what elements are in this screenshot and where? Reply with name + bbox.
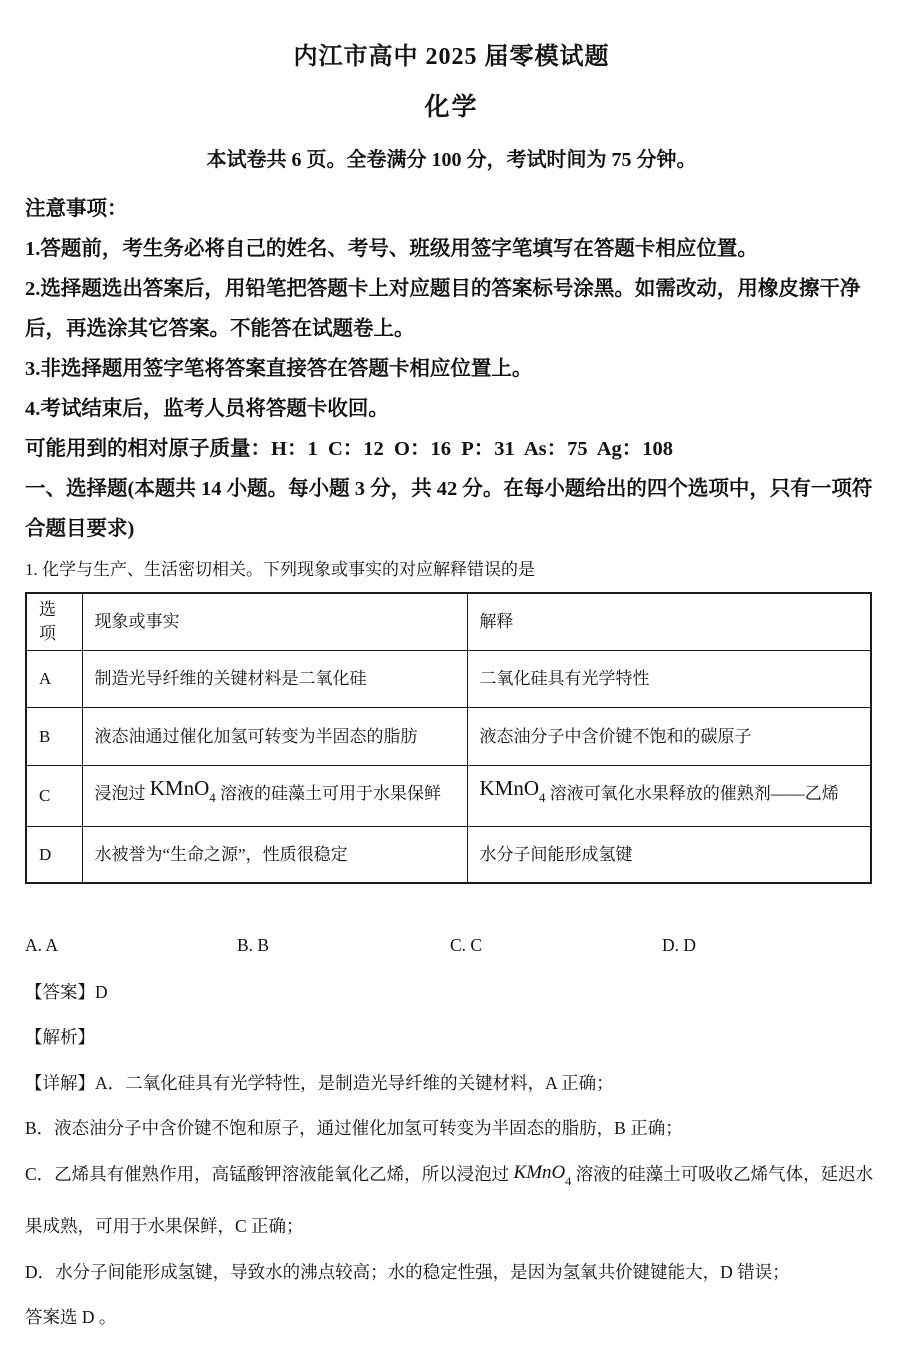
phenomenon-c-post: 溶液的硅藻土可用于水果保鲜 <box>216 784 441 803</box>
choice-c: C. C <box>450 934 662 956</box>
choice-a: A. A <box>25 934 237 956</box>
question1-stem: 1. 化学与生产、生活密切相关。下列现象或事实的对应解释错误的是 <box>25 557 878 583</box>
cell-explanation-b: 液态油分子中含价键不饱和的碳原子 <box>467 708 871 766</box>
cell-option-c: C <box>26 766 82 827</box>
section1-heading: 一、选择题(本题共 14 小题。每小题 3 分，共 42 分。在每小题给出的四个… <box>25 469 878 549</box>
table-row-c: C 浸泡过 KMnO4 溶液的硅藻土可用于水果保鲜 KMnO4 溶液可氧化水果释… <box>26 766 871 827</box>
header-cell-explanation: 解释 <box>467 593 871 651</box>
detail-line-c: C．乙烯具有催熟作用，高锰酸钾溶液能氧化乙烯，所以浸泡过 KMnO4 溶液的硅藻… <box>25 1152 878 1250</box>
explanation-c-post: 溶液可氧化水果释放的催熟剂——乙烯 <box>546 784 839 803</box>
exam-meta-line: 本试卷共 6 页。全卷满分 100 分，考试时间为 75 分钟。 <box>25 147 878 173</box>
header-cell-phenomenon: 现象或事实 <box>82 593 467 651</box>
notice-item-1: 1.答题前，考生务必将自己的姓名、考号、班级用签字笔填写在答题卡相应位置。 <box>25 229 878 269</box>
detail-explanation-block: 【详解】A．二氧化硅具有光学特性，是制造光导纤维的关键材料，A 正确； B．液态… <box>25 1061 878 1341</box>
notice-item-3: 3.非选择题用签字笔将答案直接答在答题卡相应位置上。 <box>25 349 878 389</box>
notice-item-4: 4.考试结束后，监考人员将答题卡收回。 <box>25 389 878 429</box>
cell-option-a: A <box>26 651 82 708</box>
table-header-row: 选项 现象或事实 解释 <box>26 593 871 651</box>
kmno4-formula: KMnO4 <box>480 776 546 800</box>
kmno4-formula-italic: KMnO4 <box>514 1162 572 1183</box>
exam-paper-page: 内江市高中 2025 届零模试题 化学 本试卷共 6 页。全卷满分 100 分，… <box>0 0 900 1345</box>
notice-heading: 注意事项： <box>25 189 878 229</box>
table-row-b: B 液态油通过催化加氢可转变为半固态的脂肪 液态油分子中含价键不饱和的碳原子 <box>26 708 871 766</box>
notice-item-2: 2.选择题选出答案后，用铅笔把答题卡上对应题目的答案标号涂黑。如需改动，用橡皮擦… <box>25 269 878 349</box>
cell-phenomenon-d: 水被誉为“生命之源”，性质很稳定 <box>82 827 467 883</box>
detail-line-b: B．液态油分子中含价键不饱和原子，通过催化加氢可转变为半固态的脂肪，B 正确； <box>25 1106 878 1152</box>
answer-label: 【答案】 <box>25 982 95 1002</box>
detail-conclusion: 答案选 D 。 <box>25 1295 878 1341</box>
answer-choices-row: A. A B. B C. C D. D <box>25 934 878 956</box>
cell-option-b: B <box>26 708 82 766</box>
kmno4-formula: KMnO4 <box>150 776 216 800</box>
page-title: 内江市高中 2025 届零模试题 <box>25 42 878 72</box>
choice-b: B. B <box>237 934 450 956</box>
subject-title: 化学 <box>25 92 878 123</box>
cell-option-d: D <box>26 827 82 883</box>
table-row-a: A 制造光导纤维的关键材料是二氧化硅 二氧化硅具有光学特性 <box>26 651 871 708</box>
question1-table: 选项 现象或事实 解释 A 制造光导纤维的关键材料是二氧化硅 二氧化硅具有光学特… <box>25 592 872 884</box>
cell-explanation-c: KMnO4 溶液可氧化水果释放的催熟剂——乙烯 <box>467 766 871 827</box>
choice-d: D. D <box>662 934 878 956</box>
cell-explanation-d: 水分子间能形成氢键 <box>467 827 871 883</box>
detail-line-d: D．水分子间能形成氢键，导致水的沸点较高；水的稳定性强，是因为氢氧共价键键能大，… <box>25 1250 878 1296</box>
phenomenon-c-pre: 浸泡过 <box>95 784 150 803</box>
header-cell-option: 选项 <box>26 593 82 651</box>
cell-phenomenon-b: 液态油通过催化加氢可转变为半固态的脂肪 <box>82 708 467 766</box>
answer-value: D <box>95 982 108 1002</box>
table-row-d: D 水被誉为“生命之源”，性质很稳定 水分子间能形成氢键 <box>26 827 871 883</box>
analysis-label: 【解析】 <box>25 1025 878 1049</box>
detail-line-a: 【详解】A．二氧化硅具有光学特性，是制造光导纤维的关键材料，A 正确； <box>25 1061 878 1107</box>
answer-line: 【答案】D <box>25 980 878 1004</box>
atomic-masses-line: 可能用到的相对原子质量：H：1 C：12 O：16 P：31 As：75 Ag：… <box>25 429 878 469</box>
cell-explanation-a: 二氧化硅具有光学特性 <box>467 651 871 708</box>
cell-phenomenon-a: 制造光导纤维的关键材料是二氧化硅 <box>82 651 467 708</box>
cell-phenomenon-c: 浸泡过 KMnO4 溶液的硅藻土可用于水果保鲜 <box>82 766 467 827</box>
